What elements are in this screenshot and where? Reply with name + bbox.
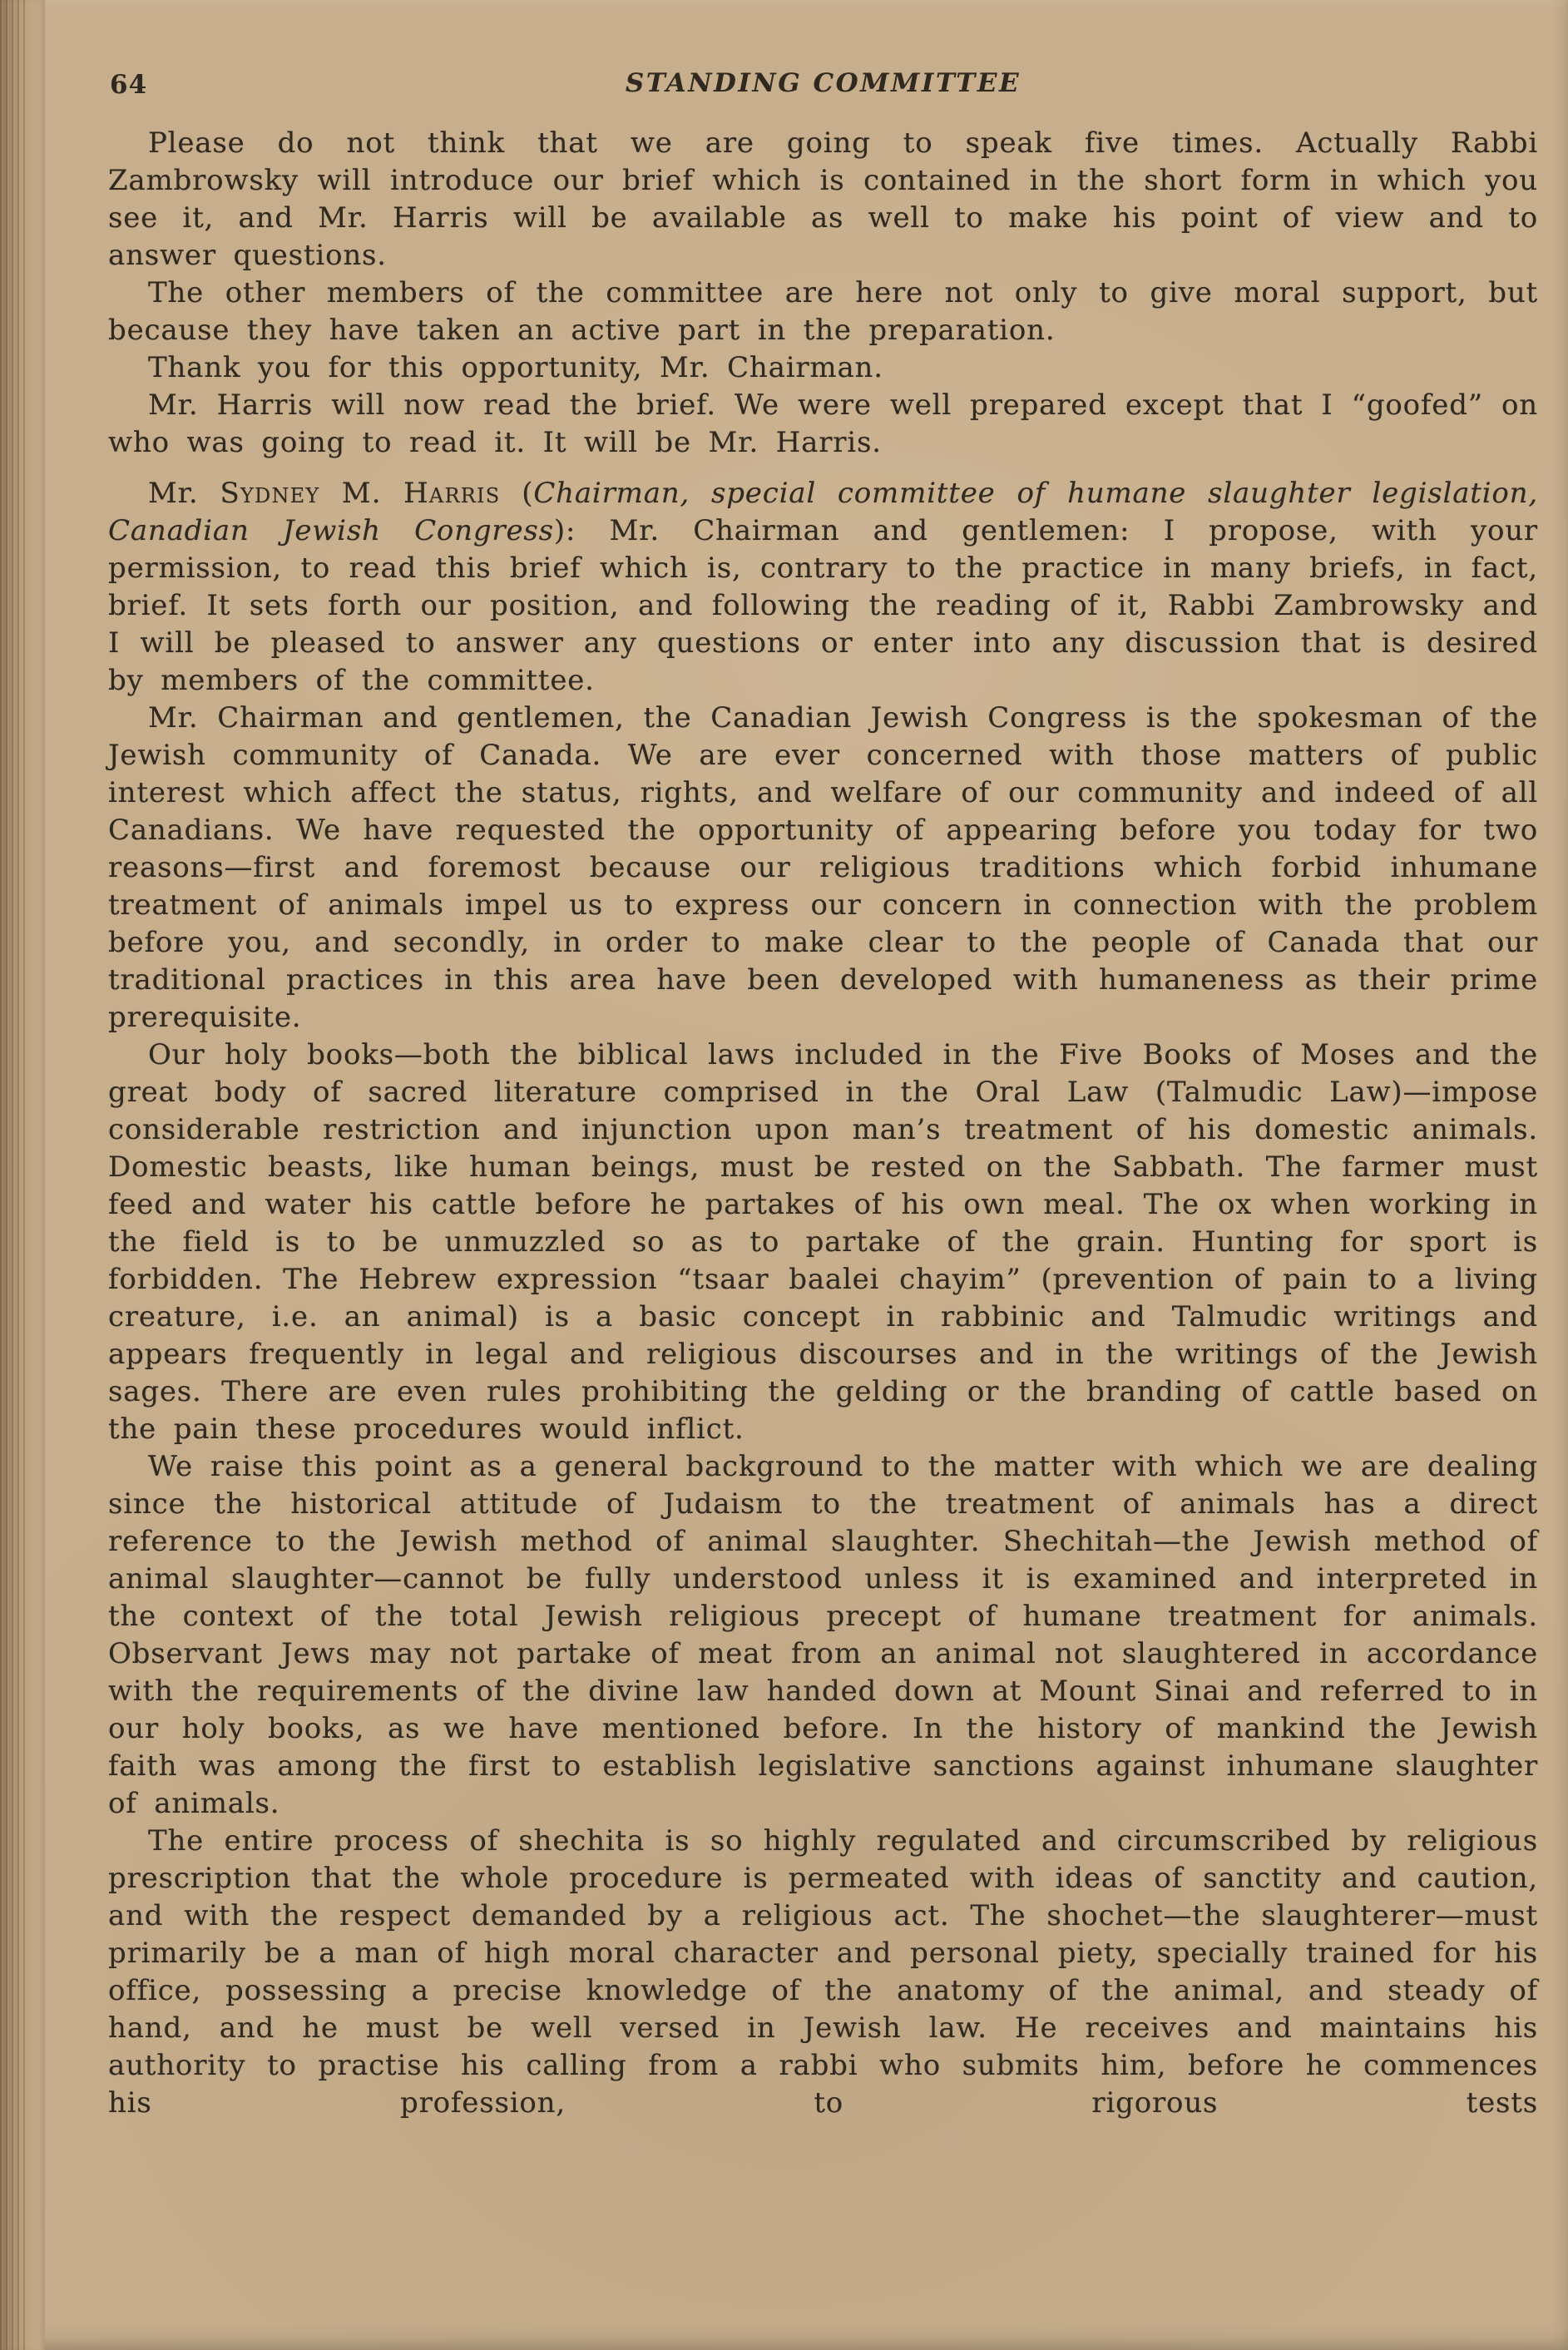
paragraph-9: The entire process of shechita is so hig… <box>108 1823 1538 2122</box>
book-page: 64 STANDING COMMITTEE Please do not thin… <box>0 0 1568 2350</box>
page-content: 64 STANDING COMMITTEE Please do not thin… <box>0 0 1568 2350</box>
paragraph-8: We raise this point as a general backgro… <box>108 1448 1538 1823</box>
page-header: 64 STANDING COMMITTEE <box>108 68 1538 105</box>
paragraph-1: Please do not think that we are going to… <box>108 125 1538 275</box>
paragraph-2: The other members of the committee are h… <box>108 275 1538 349</box>
paragraph-4: Mr. Harris will now read the brief. We w… <box>108 387 1538 462</box>
page-number: 64 <box>110 70 147 100</box>
paragraph-6: Mr. Chairman and gentlemen, the Canadian… <box>108 700 1538 1036</box>
running-title: STANDING COMMITTEE <box>108 68 1538 98</box>
body-text: Please do not think that we are going to… <box>108 125 1538 2122</box>
paragraph-5-harris-intro: Mr. Sydney M. Harris (Chairman, special … <box>108 475 1538 700</box>
paragraph-7: Our holy books—both the biblical laws in… <box>108 1036 1538 1448</box>
paragraph-3: Thank you for this opportunity, Mr. Chai… <box>108 349 1538 387</box>
